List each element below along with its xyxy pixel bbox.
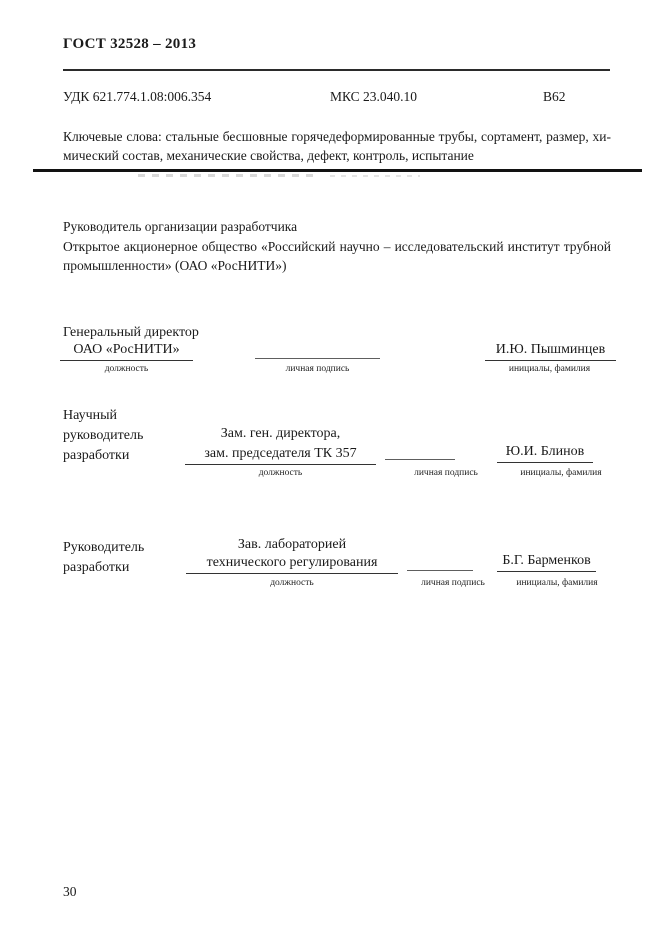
signature-2-signature-line [385, 439, 455, 460]
position-caption: должность [185, 468, 376, 478]
signature-3-role-line-2: разработки [63, 558, 144, 578]
signature-2-position-line-2: зам. председателя ТК 357 [185, 445, 376, 465]
signature-3-position-line-2: технического регулирования [186, 554, 398, 574]
keywords-line-1: Ключевые слова: стальные бесшовные горяч… [63, 127, 611, 146]
signature-1-signature-line [255, 338, 380, 359]
signature-2-role-line-3: разработки [63, 446, 143, 466]
name-caption: инициалы, фамилия [504, 578, 610, 588]
signature-2-position-line-1: Зам. ген. директора, [185, 426, 376, 442]
position-caption: должность [60, 364, 193, 374]
udk-code: УДК 621.774.1.08:006.354 [63, 89, 211, 105]
signature-3-role-line-1: Руководитель [63, 538, 144, 558]
signature-2-role-line-2: руководитель [63, 426, 143, 446]
signature-2-role-line-1: Научный [63, 406, 143, 426]
developer-organization-line-2: промышленности» (ОАО «РосНИТИ») [63, 256, 611, 276]
name-caption: инициалы, фамилия [509, 468, 613, 478]
signature-caption: личная подпись [255, 364, 380, 374]
scan-artifact [330, 175, 420, 177]
signature-2-name: Ю.И. Блинов [497, 443, 593, 463]
page-number: 30 [63, 884, 77, 900]
document-page: ГОСТ 32528 – 2013 УДК 621.774.1.08:006.3… [0, 0, 661, 935]
signature-3-signature-line [407, 550, 473, 571]
signature-1-role: Генеральный директор [63, 325, 199, 341]
mks-code: МКС 23.040.10 [330, 89, 417, 105]
developer-heading: Руководитель организации разработчика [63, 217, 611, 237]
signature-3-role: Руководитель разработки [63, 538, 144, 578]
signature-1-position: ОАО «РосНИТИ» [60, 341, 193, 361]
header-rule [63, 69, 610, 71]
scan-artifact [138, 174, 313, 177]
doc-number: ГОСТ 32528 – 2013 [63, 36, 196, 53]
signature-caption: личная подпись [413, 578, 493, 588]
position-caption: должность [186, 578, 398, 588]
signature-2-role: Научный руководитель разработки [63, 406, 143, 466]
developer-organization-block: Руководитель организации разработчика От… [63, 217, 611, 276]
signature-3-position-line-1: Зав. лабораторией [186, 537, 398, 553]
keywords-paragraph: Ключевые слова: стальные бесшовные горяч… [63, 127, 611, 165]
keywords-line-2: мический состав, механические свойства, … [63, 146, 611, 165]
developer-organization-line-1: Открытое акционерное общество «Российски… [63, 237, 611, 257]
signature-3-name: Б.Г. Барменков [497, 552, 596, 572]
name-caption: инициалы, фамилия [476, 364, 623, 374]
signature-caption: личная подпись [393, 468, 499, 478]
signature-1-name: И.Ю. Пышминцев [485, 341, 616, 361]
section-divider-rule [33, 169, 642, 172]
classification-code: В62 [543, 89, 566, 105]
